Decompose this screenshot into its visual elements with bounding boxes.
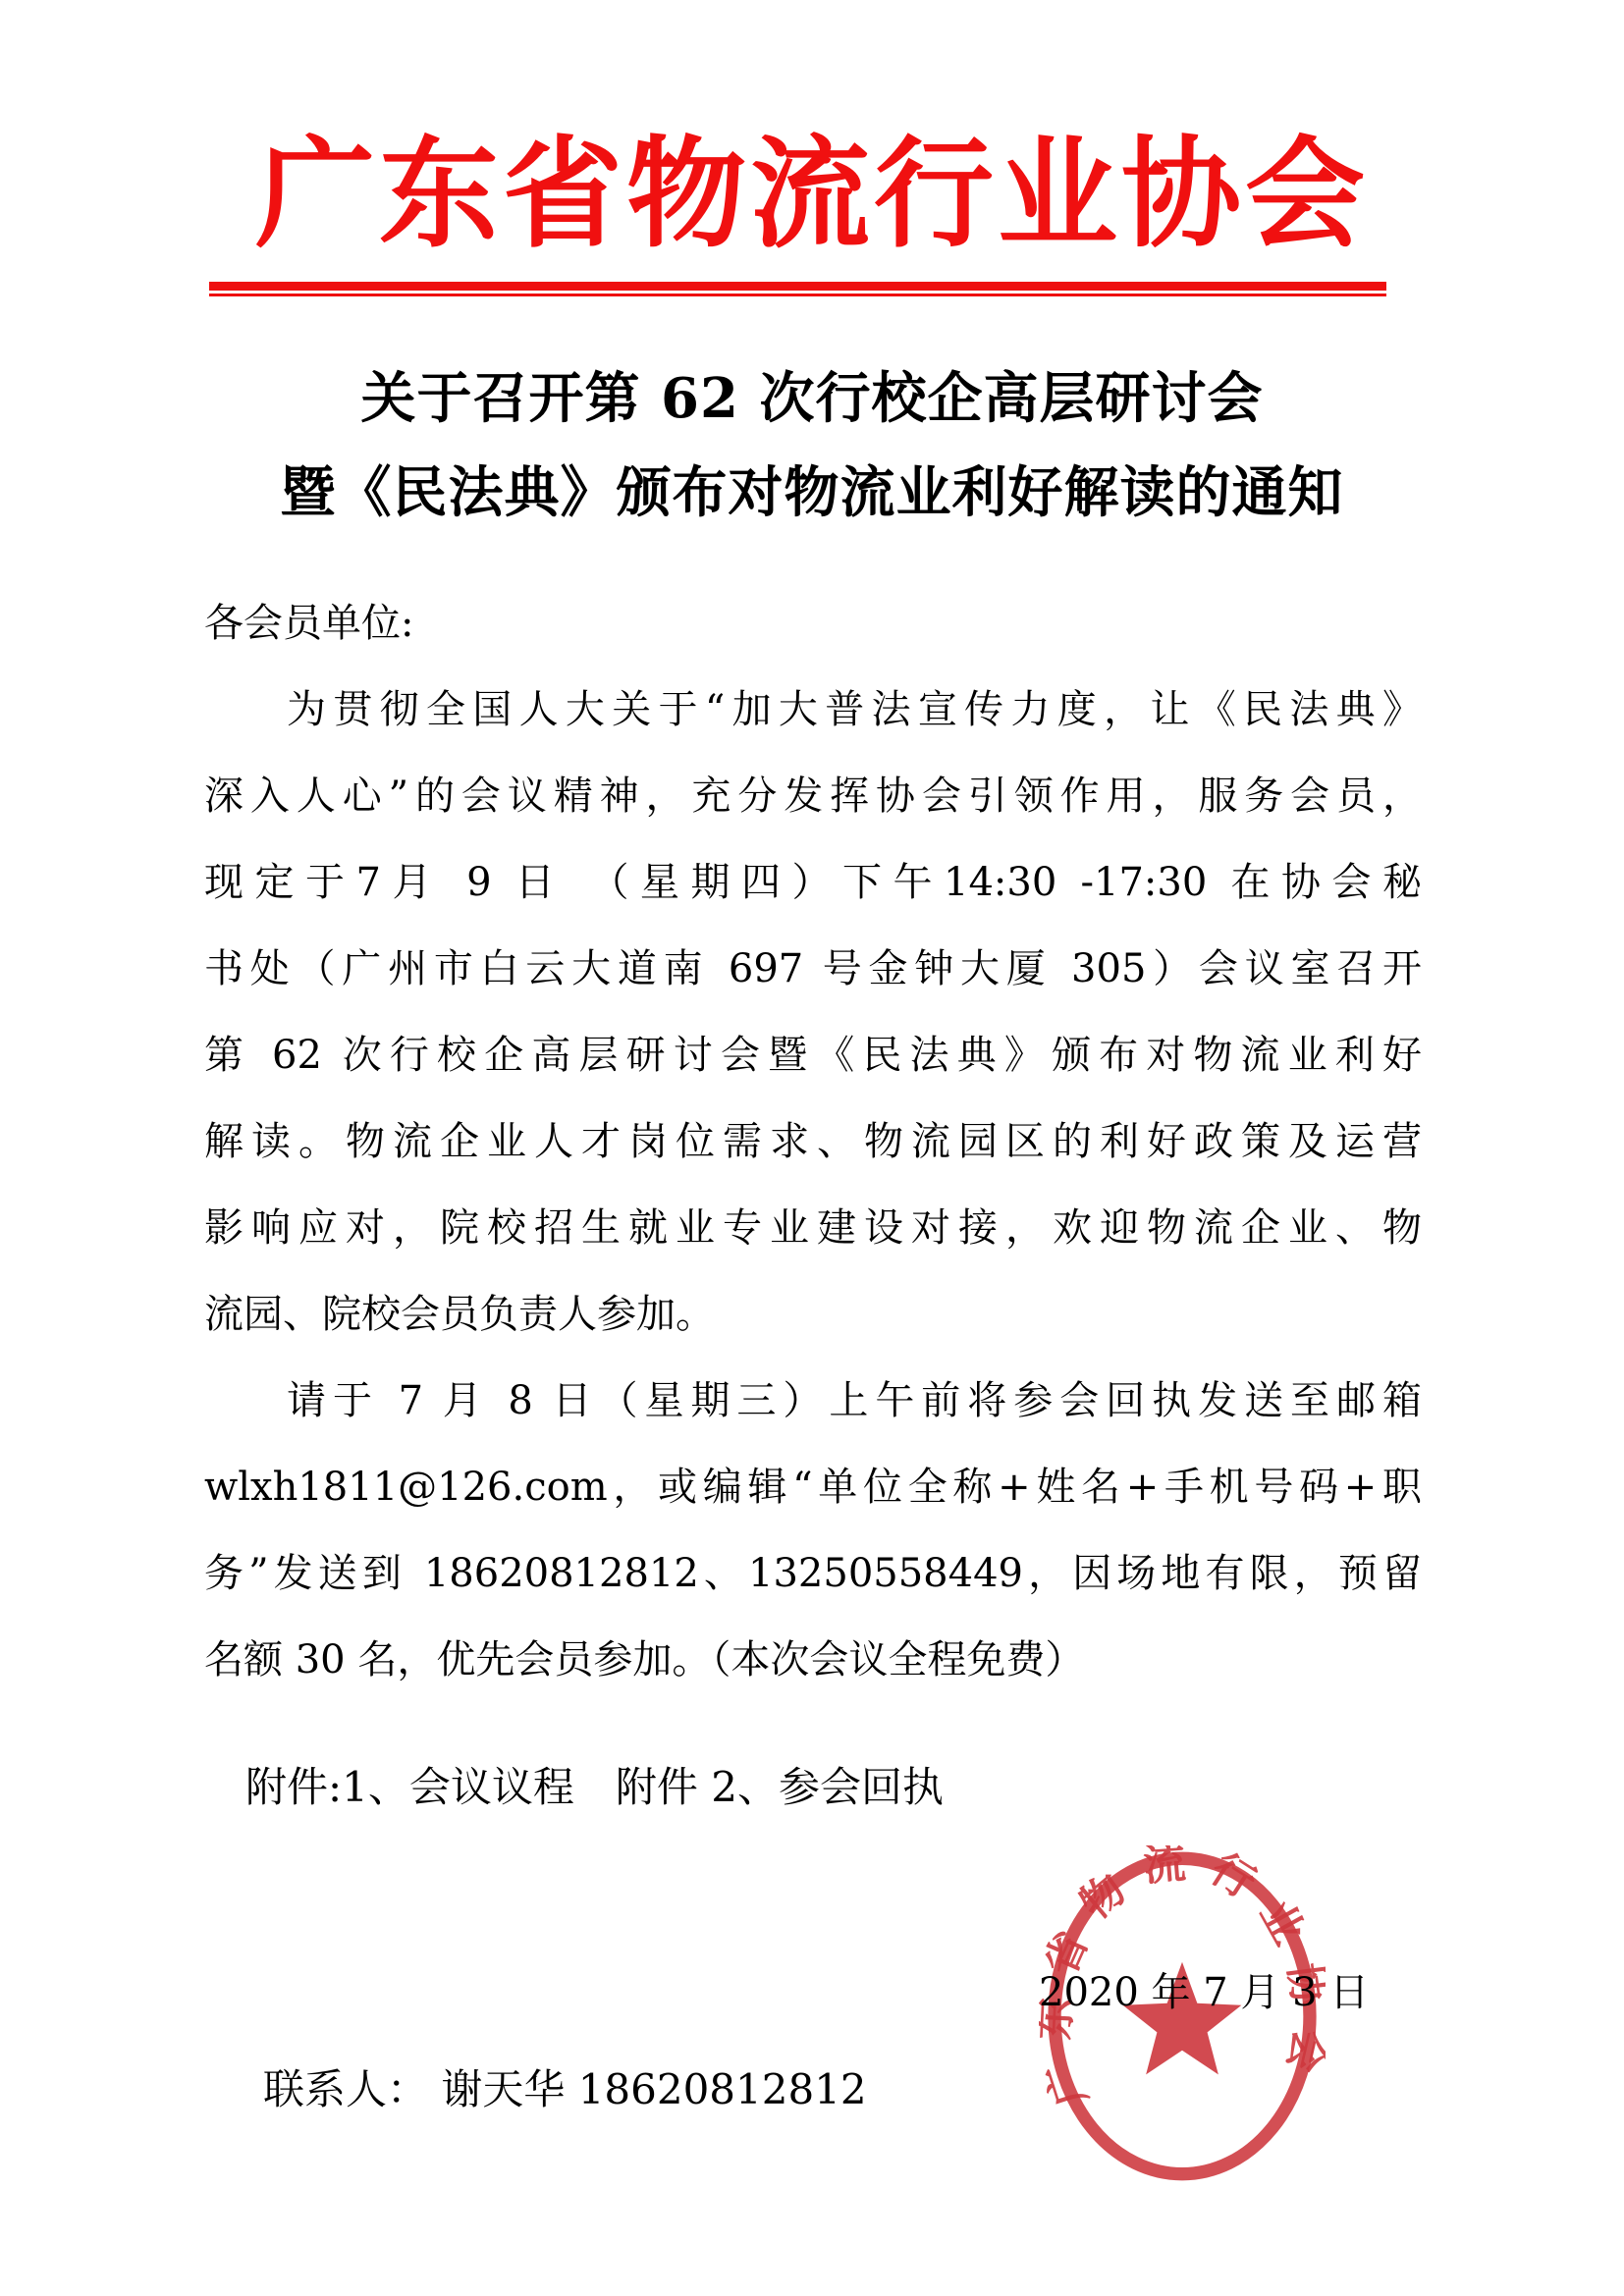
notice-title-line2: 暨《民法典》颁布对物流业利好解读的通知: [0, 446, 1624, 540]
body-line: 深入人心”的会议精神，充分发挥协会引领作用，服务会员，: [204, 753, 1422, 839]
letterhead-divider-rule: [209, 282, 1386, 296]
notice-title: 关于召开第 62 次行校企高层研讨会 暨《民法典》颁布对物流业利好解读的通知: [0, 351, 1624, 540]
body-line: 影响应对，院校招生就业专业建设对接，欢迎物流企业、物: [204, 1185, 1422, 1271]
body-line: wlxh1811@126.com，或编辑“单位全称+姓名+手机号码+职: [204, 1444, 1422, 1530]
letterhead-org-name: 广东省物流行业协会: [0, 98, 1624, 270]
body-line: 请于 7 月 8 日（星期三）上午前将参会回执发送至邮箱: [204, 1358, 1422, 1444]
body-line: 流园、院校会员负责人参加。: [204, 1271, 1422, 1358]
body-line: 各会员单位:: [204, 580, 1422, 667]
body-line: 解读。物流企业人才岗位需求、物流园区的利好政策及运营: [204, 1098, 1422, 1185]
contact-info: 联系人： 谢天华 18620812812: [263, 2057, 867, 2116]
body-line: 为贯彻全国人大关于“加大普法宣传力度，让《民法典》: [204, 667, 1422, 753]
body-line: 务”发送到 18620812812、13250558449，因场地有限，预留: [204, 1530, 1422, 1617]
notice-title-line1: 关于召开第 62 次行校企高层研讨会: [0, 351, 1624, 446]
body-line: 书处（广州市白云大道南 697 号金钟大厦 305）会议室召开: [204, 926, 1422, 1012]
document-page: 广东省物流行业协会 关于召开第 62 次行校企高层研讨会 暨《民法典》颁布对物流…: [0, 0, 1624, 2296]
issue-date: 2020 年 7 月 3 日: [1039, 1961, 1304, 2017]
body-line: 名额 30 名，优先会员参加。（本次会议全程免费）: [204, 1617, 1422, 1703]
body-lines: 各会员单位:为贯彻全国人大关于“加大普法宣传力度，让《民法典》深入人心”的会议精…: [204, 580, 1422, 1703]
body-line: 现定于7月 9 日 （星期四）下午14:30 -17:30 在协会秘: [204, 839, 1422, 926]
body-line: 第 62 次行校企高层研讨会暨《民法典》颁布对物流业利好: [204, 1012, 1422, 1098]
attachment-list: 附件:1、会议议程 附件 2、参会回执: [204, 1755, 1422, 1814]
